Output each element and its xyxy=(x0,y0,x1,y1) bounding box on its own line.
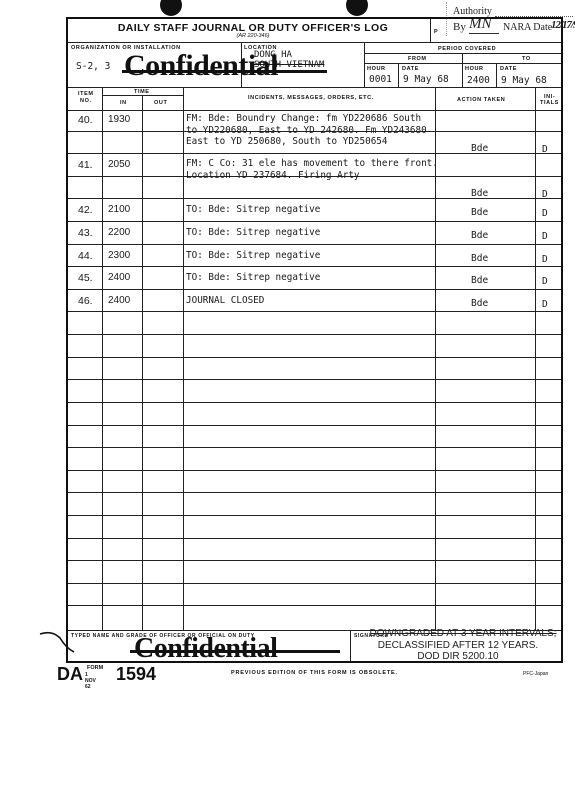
grid-row-line xyxy=(68,266,561,267)
form-id-edition: 1 NOV 62 xyxy=(85,672,96,690)
rule-above-columns xyxy=(68,87,561,88)
item-number: 41. xyxy=(78,159,93,171)
location-period-divider xyxy=(364,42,365,87)
grid-row-line xyxy=(68,402,561,403)
form-id-number: 1594 xyxy=(116,664,156,685)
grid-row-line xyxy=(68,492,561,493)
hole-punch-right xyxy=(346,0,368,16)
footer-divider xyxy=(350,630,351,661)
time-in: 2050 xyxy=(108,159,130,170)
time-out-label: OUT xyxy=(154,100,167,106)
grid-row-line xyxy=(68,447,561,448)
from-to-divider xyxy=(462,53,463,87)
item-no-label-1: ITEM xyxy=(78,91,94,97)
item-number: 46. xyxy=(78,295,93,307)
title-divider xyxy=(430,19,431,42)
from-date-label: DATE xyxy=(402,66,419,72)
incident-text-line: TO: Bde: Sitrep negative xyxy=(186,227,320,238)
from-hour-label: HOUR xyxy=(367,66,386,72)
from-hour-value: 0001 xyxy=(369,74,392,85)
initials: D xyxy=(542,254,548,265)
incident-text-line: FM: Bde: Boundry Change: fm YD220686 Sou… xyxy=(186,113,421,124)
incident-text-line: Location YD 237684. Firing Arty xyxy=(186,170,360,181)
organization-value: S-2, 3 xyxy=(76,61,110,72)
action-taken: Bde xyxy=(471,143,488,154)
action-taken: Bde xyxy=(471,207,488,218)
incident-text-line: East to YD 250680, South to YD250654 xyxy=(186,136,388,147)
to-date-label: DATE xyxy=(500,66,517,72)
grid-row-line xyxy=(68,311,561,312)
to-date-value: 9 May 68 xyxy=(501,75,547,86)
grid-row-line xyxy=(68,515,561,516)
initials: D xyxy=(542,276,548,287)
time-in: 2200 xyxy=(108,227,130,238)
grid-row-line xyxy=(68,221,561,222)
item-number: 42. xyxy=(78,204,93,216)
incident-text-line: TO: Bde: Sitrep negative xyxy=(186,204,320,215)
initials: D xyxy=(542,144,548,155)
confidential-stamp-top: Confidential xyxy=(124,49,278,83)
from-label: FROM xyxy=(408,56,427,62)
hole-punch-left xyxy=(160,0,182,16)
grid-row-line xyxy=(68,244,561,245)
incident-text-line: FM: C Co: 31 ele has movement to there f… xyxy=(186,158,438,169)
grid-row-line xyxy=(68,334,561,335)
from-hour-date-divider xyxy=(398,63,399,87)
col-line-action xyxy=(535,87,536,630)
action-taken: Bde xyxy=(471,188,488,199)
action-taken: Bde xyxy=(471,298,488,309)
incidents-label: INCIDENTS, MESSAGES, ORDERS, ETC. xyxy=(248,95,374,101)
ink-scribble xyxy=(38,628,78,658)
incident-text-line: JOURNAL CLOSED xyxy=(186,295,264,306)
confidential-strike-bottom xyxy=(130,650,340,653)
form-id-form-word: FORM xyxy=(87,665,103,671)
time-in-label: IN xyxy=(120,100,127,106)
form-regulation: (AR 220-346) xyxy=(68,33,438,39)
declass-line-1: DOWNGRADED AT 3 YEAR INTERVALS; xyxy=(368,628,558,639)
time-in: 1930 xyxy=(108,114,130,125)
action-taken: Bde xyxy=(471,230,488,241)
grid-row-line xyxy=(68,470,561,471)
initials-label-2: TIALS xyxy=(540,100,559,106)
to-hour-date-divider xyxy=(496,63,497,87)
printer-mark: PFC-Japan xyxy=(523,671,548,677)
previous-edition-note: PREVIOUS EDITION OF THIS FORM IS OBSOLET… xyxy=(231,670,398,676)
to-label: TO xyxy=(522,56,531,62)
rule-under-from-to xyxy=(364,63,561,64)
to-hour-label: HOUR xyxy=(465,66,484,72)
incident-text-line: TO: Bde: Sitrep negative xyxy=(186,272,320,283)
grid-row-line xyxy=(68,538,561,539)
initials: D xyxy=(542,189,548,200)
confidential-stamp-bottom: Confidential xyxy=(134,633,277,665)
action-taken: Bde xyxy=(471,253,488,264)
item-number: 43. xyxy=(78,227,93,239)
from-date-value: 9 May 68 xyxy=(403,74,449,85)
incident-text-line: TO: Bde: Sitrep negative xyxy=(186,250,320,261)
item-no-label-2: NO. xyxy=(80,98,92,104)
col-line-item xyxy=(102,87,103,630)
initials: D xyxy=(542,299,548,310)
grid-row-line xyxy=(68,560,561,561)
item-number: 44. xyxy=(78,250,93,262)
to-hour-value: 2400 xyxy=(467,75,490,86)
action-taken: Bde xyxy=(471,275,488,286)
grid-row-line xyxy=(68,289,561,290)
grid-row-line xyxy=(68,583,561,584)
declass-line-3: DOD DIR 5200.10 xyxy=(358,651,558,662)
grid-row-line xyxy=(68,605,561,606)
item-number: 45. xyxy=(78,272,93,284)
initials: D xyxy=(542,208,548,219)
action-taken-label: ACTION TAKEN xyxy=(457,97,505,103)
page-label: P xyxy=(434,29,438,35)
incident-text-line: to YD220680, East to YD 242680. Fm YD243… xyxy=(186,125,427,136)
confidential-strike-top xyxy=(122,70,327,73)
grid-row-line xyxy=(68,425,561,426)
grid-row-line xyxy=(68,379,561,380)
item-number: 40. xyxy=(78,114,93,126)
time-in: 2100 xyxy=(108,204,130,215)
grid-row-line xyxy=(68,357,561,358)
rule-under-title xyxy=(68,42,561,43)
declass-line-2: DECLASSIFIED AFTER 12 YEARS. xyxy=(358,640,558,651)
time-in: 2300 xyxy=(108,250,130,261)
form-id-prefix: DA xyxy=(57,664,83,685)
time-in: 2400 xyxy=(108,272,130,283)
initials: D xyxy=(542,231,548,242)
time-in: 2400 xyxy=(108,295,130,306)
period-covered-label: PERIOD COVERED xyxy=(438,46,496,52)
col-line-out xyxy=(183,87,184,630)
